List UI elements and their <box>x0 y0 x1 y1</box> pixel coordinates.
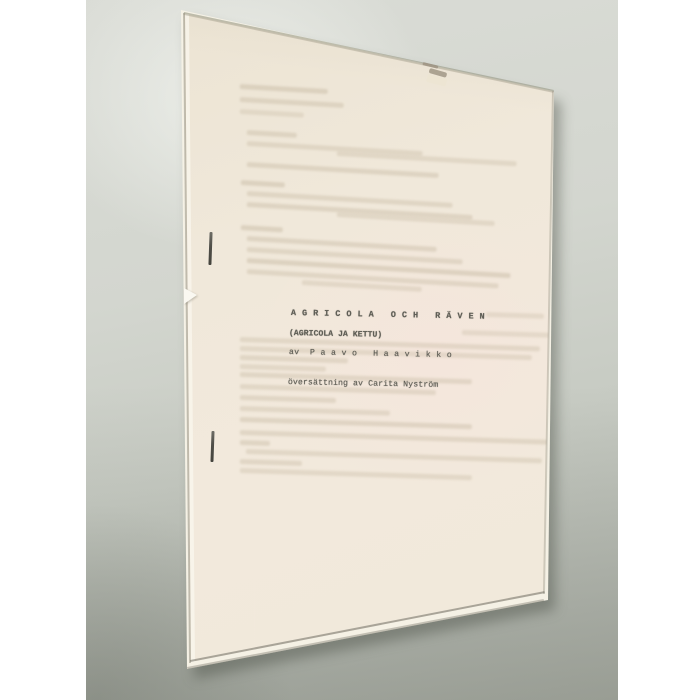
bleed-line <box>240 406 390 416</box>
bleed-line <box>247 162 439 178</box>
cover-original-title: (AGRICOLA JA KETTU) <box>289 329 383 340</box>
bleed-line <box>337 151 517 166</box>
bleed-line <box>240 417 472 429</box>
bleed-line <box>240 395 336 403</box>
bleed-line <box>241 225 283 232</box>
dog-ear-fold <box>184 288 197 304</box>
bleed-line <box>240 97 344 108</box>
bleed-line <box>241 180 285 188</box>
bleed-line <box>240 430 548 445</box>
bleed-line <box>240 364 326 372</box>
cover-title: A G R I C O L A O C H R Ä V E N <box>291 308 485 322</box>
bleed-line <box>486 312 544 319</box>
bleed-line <box>462 330 550 338</box>
bleed-line <box>240 109 304 118</box>
product-photo-canvas: A G R I C O L A O C H R Ä V E N (AGRICOL… <box>0 0 700 700</box>
bleed-line <box>247 130 297 138</box>
bleed-line <box>240 468 472 480</box>
bleed-line <box>240 440 270 446</box>
bleed-line <box>240 459 302 466</box>
bleed-line <box>240 84 328 94</box>
